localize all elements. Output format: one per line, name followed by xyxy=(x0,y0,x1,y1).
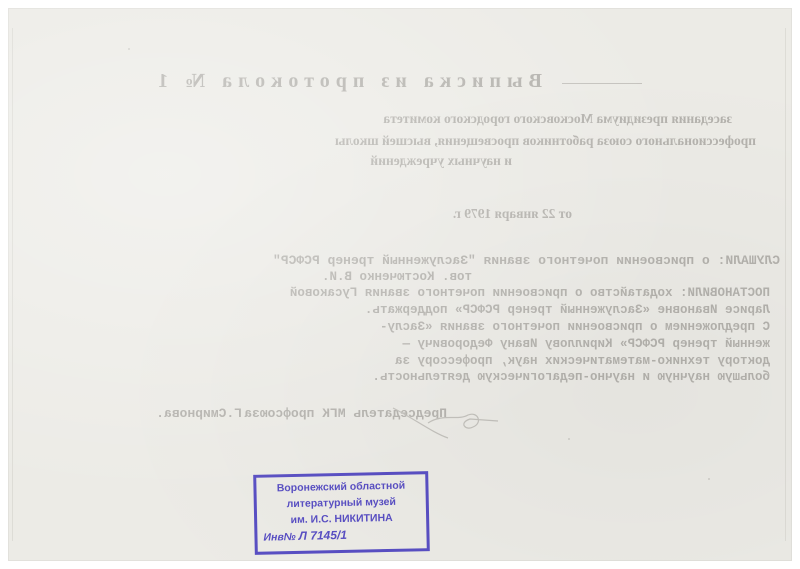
date-line: от 22 января 1979 г. xyxy=(453,206,572,222)
document-title: Выписка из протокола № 1 xyxy=(152,70,542,93)
paper-speck xyxy=(568,438,570,440)
header-line: заседания президиума Московского городск… xyxy=(383,111,732,127)
stamp-inventory: Инв№ Л 7145/1 xyxy=(257,525,426,546)
document-page: Выписка из протокола № 1 заседания прези… xyxy=(8,8,792,561)
header-line: профессионального союза работников просв… xyxy=(335,133,756,149)
body-line: С предложением о присвоении почетного зв… xyxy=(380,320,770,334)
inventory-label: Инв№ xyxy=(263,531,296,544)
inventory-number: Л 7145/1 xyxy=(299,528,348,543)
body-line: ПОСТАНОВИЛИ: ходатайство о присвоении по… xyxy=(290,286,770,300)
body-line: большую научную и научно-педагогическую … xyxy=(372,370,770,384)
body-line: СЛУШАЛИ: о присвоении почетного звания "… xyxy=(273,253,780,268)
paper-speck xyxy=(708,478,710,480)
body-line: женный тренер РСФСР» Кириллову Ивану Фед… xyxy=(402,337,770,351)
museum-stamp: Воронежский областной литературный музей… xyxy=(253,471,430,555)
body-line: тов. Костюченко В.И. xyxy=(322,270,472,284)
header-line: и научных учреждений xyxy=(370,153,512,169)
body-line: доктору технико-математических наук, про… xyxy=(395,354,770,368)
signature-scribble-icon xyxy=(388,393,508,443)
title-rule xyxy=(562,83,642,84)
body-line: Ларисе Ивановне «Заслуженный тренер РСФС… xyxy=(365,303,770,317)
paper-speck xyxy=(128,48,130,50)
signature-name: Г.Смирнова. xyxy=(156,406,242,421)
